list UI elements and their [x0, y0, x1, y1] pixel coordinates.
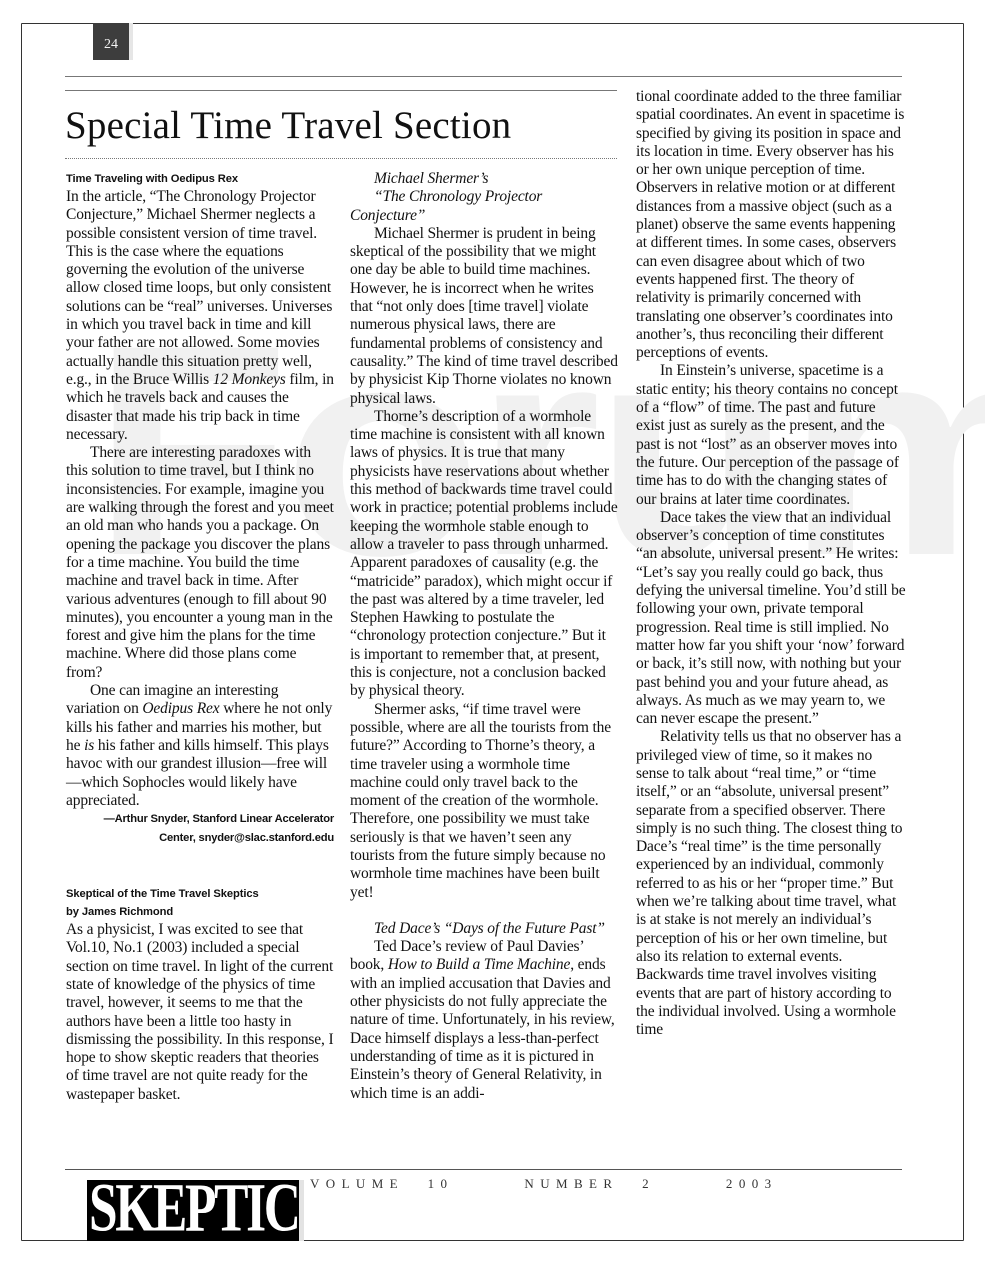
page-number: 24 — [93, 23, 129, 60]
letter-paragraph: In Einstein’s universe, spacetime is a s… — [636, 362, 906, 508]
letter-paragraph: Relativity tells us that no observer has… — [636, 728, 906, 1039]
film-title: 12 Monkeys — [213, 371, 286, 388]
footer-rule — [65, 1169, 902, 1170]
emphasis: is — [84, 737, 94, 754]
skeptic-logo: SKEPTIC — [87, 1180, 299, 1241]
play-title: Oedipus Rex — [142, 700, 219, 717]
column-1: Time Traveling with Oedipus Rex In the a… — [66, 170, 334, 1104]
letter-paragraph: Ted Dace’s review of Paul Davies’ book, … — [350, 938, 618, 1103]
header-rule-top — [65, 76, 902, 77]
issue-info: VOLUME 10 NUMBER 2 2003 — [310, 1176, 778, 1192]
letter-paragraph: Michael Shermer is prudent in being skep… — [350, 225, 618, 408]
letter-paragraph: Shermer asks, “if time travel were possi… — [350, 701, 618, 902]
column-3: tional coordinate added to the three fam… — [636, 88, 906, 1039]
text-span: his father and kills himself. This plays… — [66, 737, 329, 809]
page-title: Special Time Travel Section — [65, 106, 511, 145]
letter-heading: Skeptical of the Time Travel Skeptics — [66, 885, 334, 903]
letter-paragraph: In the article, “The Chronology Projecto… — [66, 188, 334, 444]
text-span: , ends with an implied accusation that D… — [350, 956, 615, 1101]
letter-paragraph-continued: tional coordinate added to the three fam… — [636, 88, 906, 362]
header-rule-second — [65, 90, 617, 91]
column-2: Michael Shermer’s “The Chronology Projec… — [350, 170, 618, 1103]
subsection-heading: “The Chronology Projector Conjecture” — [350, 188, 618, 225]
text-span: In the article, “The Chronology Projecto… — [66, 188, 332, 388]
book-title: How to Build a Time Machine — [388, 956, 570, 973]
subsection-heading: Ted Dace’s “Days of the Future Past” — [350, 920, 618, 938]
letter-paragraph: There are interesting paradoxes with thi… — [66, 444, 334, 682]
letter-signature-contact: Center, snyder@slac.stanford.edu — [66, 829, 334, 848]
letter-paragraph: As a physicist, I was excited to see tha… — [66, 921, 334, 1104]
letter-paragraph: Dace takes the view that an individual o… — [636, 509, 906, 729]
subsection-heading: Michael Shermer’s — [350, 170, 618, 188]
letter-byline: by James Richmond — [66, 903, 334, 921]
title-dotted-rule — [65, 158, 617, 159]
spacer — [350, 902, 618, 920]
letter-paragraph: One can imagine an interesting variation… — [66, 682, 334, 810]
logo-text: SKEPTIC — [89, 1180, 253, 1241]
spacer — [66, 847, 334, 885]
letter-heading: Time Traveling with Oedipus Rex — [66, 170, 334, 188]
letter-signature: —Arthur Snyder, Stanford Linear Accelera… — [66, 810, 334, 829]
letter-paragraph: Thorne’s description of a wormhole time … — [350, 408, 618, 701]
